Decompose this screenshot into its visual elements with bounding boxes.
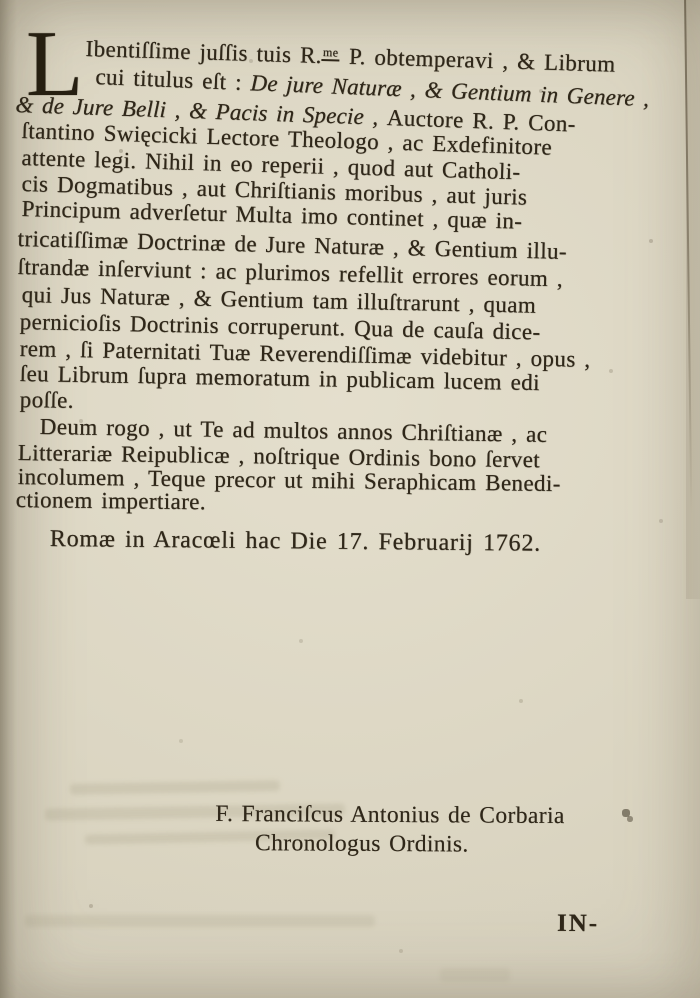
line1-continuation-text: P. obtemperavi , & Librum	[340, 44, 616, 77]
drop-cap-letter: L	[26, 28, 83, 101]
paper-speckles	[0, 0, 2, 2]
line1-opening-text: Ibentiſſime juſſis tuis R.	[85, 36, 322, 68]
superscript-abbreviation: me	[322, 46, 340, 62]
signature-name: F. Franciſcus Antonius de Corbaria	[158, 800, 622, 832]
text-line: ctionem impertiare.	[16, 487, 207, 515]
signature-block: F. Franciſcus Antonius de Corbaria Chron…	[158, 800, 622, 861]
watermark-smudge	[440, 968, 510, 982]
catchword: IN-	[557, 910, 599, 938]
line2-roman-text: cui titulus eſt :	[95, 64, 251, 95]
scanned-page-photo: L Ibentiſſime juſſis tuis R.me P. obtemp…	[0, 0, 700, 998]
date-line: Romæ in Aracœli hac Die 17. Februarij 17…	[50, 526, 541, 558]
show-through-smudge	[70, 780, 280, 795]
page-left-edge-shadow	[0, 0, 17, 998]
text-line: poſſe.	[20, 387, 75, 414]
show-through-smudge	[25, 915, 375, 927]
signature-title: Chronologus Ordinis.	[130, 828, 594, 860]
